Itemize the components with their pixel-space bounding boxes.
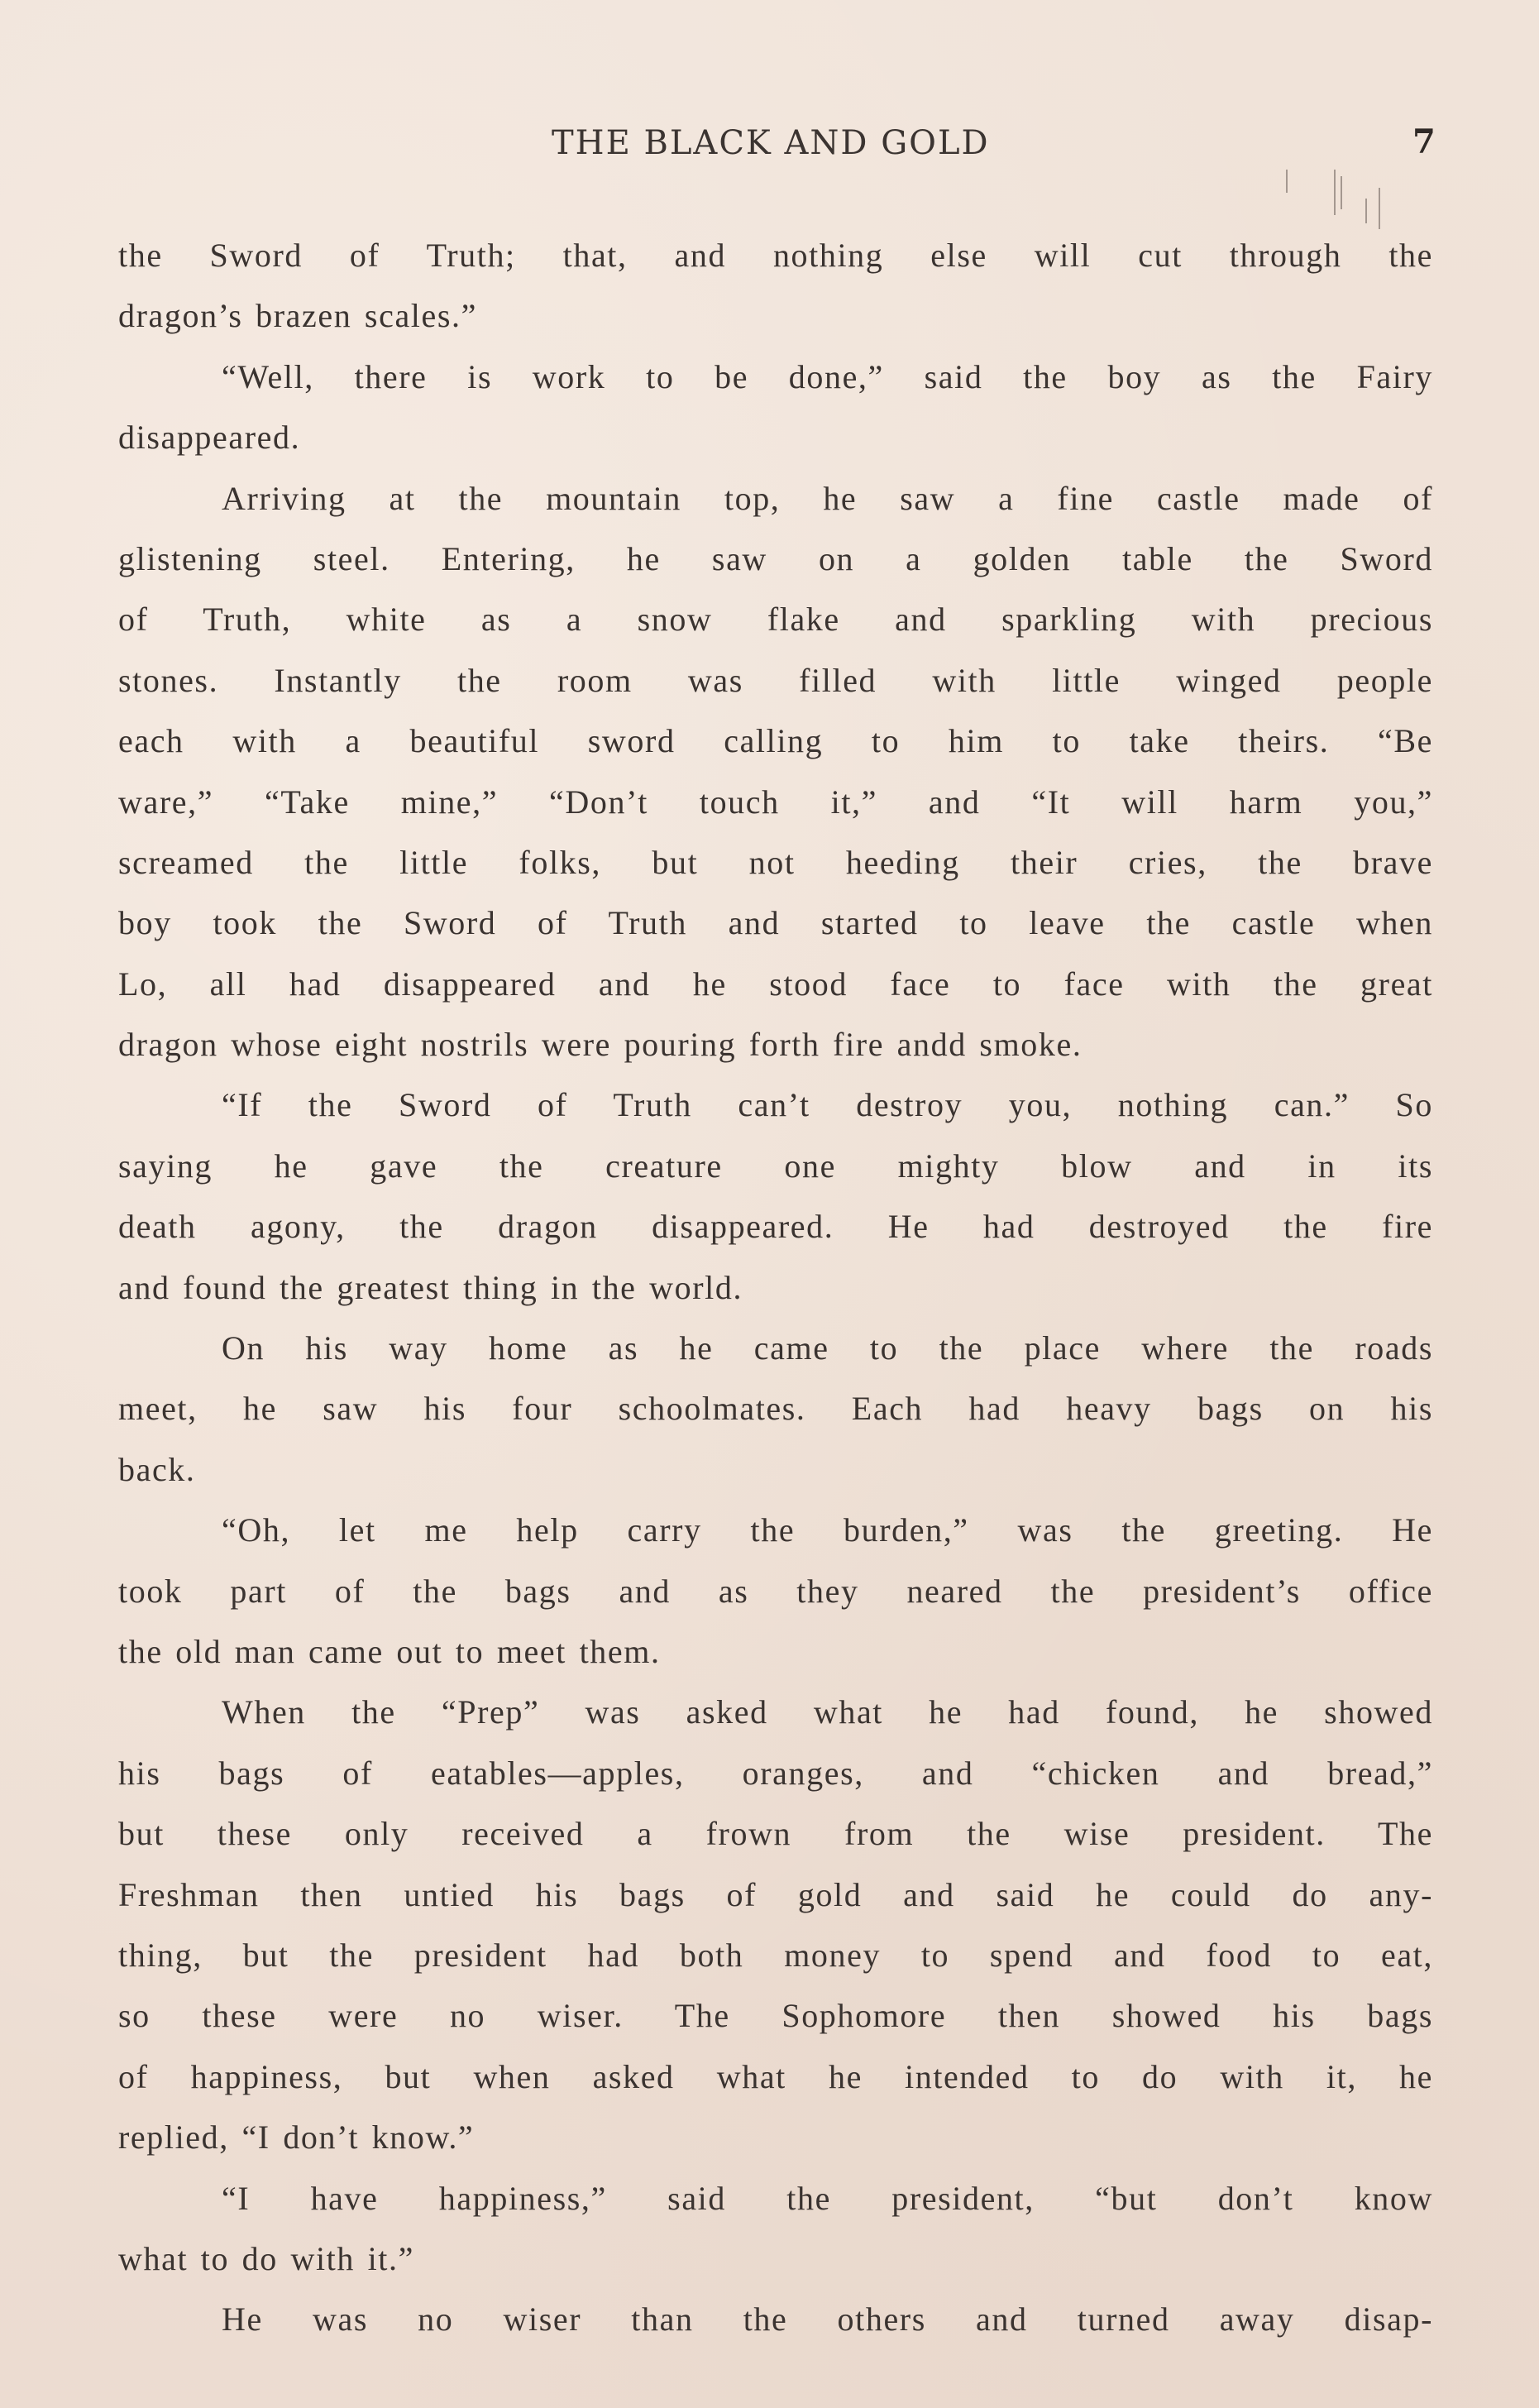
text-line: disappeared. [118, 407, 1433, 467]
text-line: meet, he saw his four schoolmates. Each … [118, 1378, 1433, 1439]
text-line: “Oh, let me help carry the burden,” was … [118, 1500, 1433, 1560]
text-line: Freshman then untied his bags of gold an… [118, 1865, 1433, 1925]
text-line: ware,” “Take mine,” “Don’t touch it,” an… [118, 772, 1433, 832]
text-line: the Sword of Truth; that, and nothing el… [118, 225, 1433, 285]
text-line: When the “Prep” was asked what he had fo… [118, 1682, 1433, 1742]
text-line: screamed the little folks, but not heedi… [118, 832, 1433, 893]
text-line: each with a beautiful sword calling to h… [118, 711, 1433, 771]
text-line: “I have happiness,” said the president, … [118, 2168, 1433, 2228]
scanned-page: THE BLACK AND GOLD 7 the Sword of Truth;… [0, 0, 1539, 2408]
text-line: the old man came out to meet them. [118, 1621, 1433, 1682]
text-line: of Truth, white as a snow flake and spar… [118, 589, 1433, 649]
text-line: He was no wiser than the others and turn… [118, 2289, 1433, 2349]
running-head: THE BLACK AND GOLD [552, 124, 990, 162]
text-line: thing, but the president had both money … [118, 1925, 1433, 1985]
text-line: so these were no wiser. The Sophomore th… [118, 1985, 1433, 2046]
text-line: “Well, there is work to be done,” said t… [118, 347, 1433, 407]
text-line: but these only received a frown from the… [118, 1803, 1433, 1864]
text-line: what to do with it.” [118, 2228, 1433, 2289]
article-body: the Sword of Truth; that, and nothing el… [118, 225, 1433, 2350]
text-line: On his way home as he came to the place … [118, 1318, 1433, 1378]
text-line: stones. Instantly the room was filled wi… [118, 650, 1433, 711]
text-line: boy took the Sword of Truth and started … [118, 893, 1433, 953]
text-line: took part of the bags and as they neared… [118, 1561, 1433, 1621]
text-line: “If the Sword of Truth can’t destroy you… [118, 1075, 1433, 1135]
text-line: glistening steel. Entering, he saw on a … [118, 529, 1433, 589]
text-line: and found the greatest thing in the worl… [118, 1257, 1433, 1318]
text-line: of happiness, but when asked what he int… [118, 2047, 1433, 2107]
text-line: his bags of eatables—apples, oranges, an… [118, 1743, 1433, 1803]
text-line: dragon whose eight nostrils were pouring… [118, 1014, 1433, 1075]
text-line: dragon’s brazen scales.” [118, 285, 1433, 346]
text-line: Arriving at the mountain top, he saw a f… [118, 468, 1433, 529]
page-number: 7 [1412, 122, 1436, 161]
text-line: saying he gave the creature one mighty b… [118, 1136, 1433, 1196]
text-line: Lo, all had disappeared and he stood fac… [118, 954, 1433, 1014]
print-artifact-marks [1286, 170, 1393, 232]
text-line: back. [118, 1439, 1433, 1500]
text-line: death agony, the dragon disappeared. He … [118, 1196, 1433, 1257]
text-line: replied, “I don’t know.” [118, 2107, 1433, 2167]
